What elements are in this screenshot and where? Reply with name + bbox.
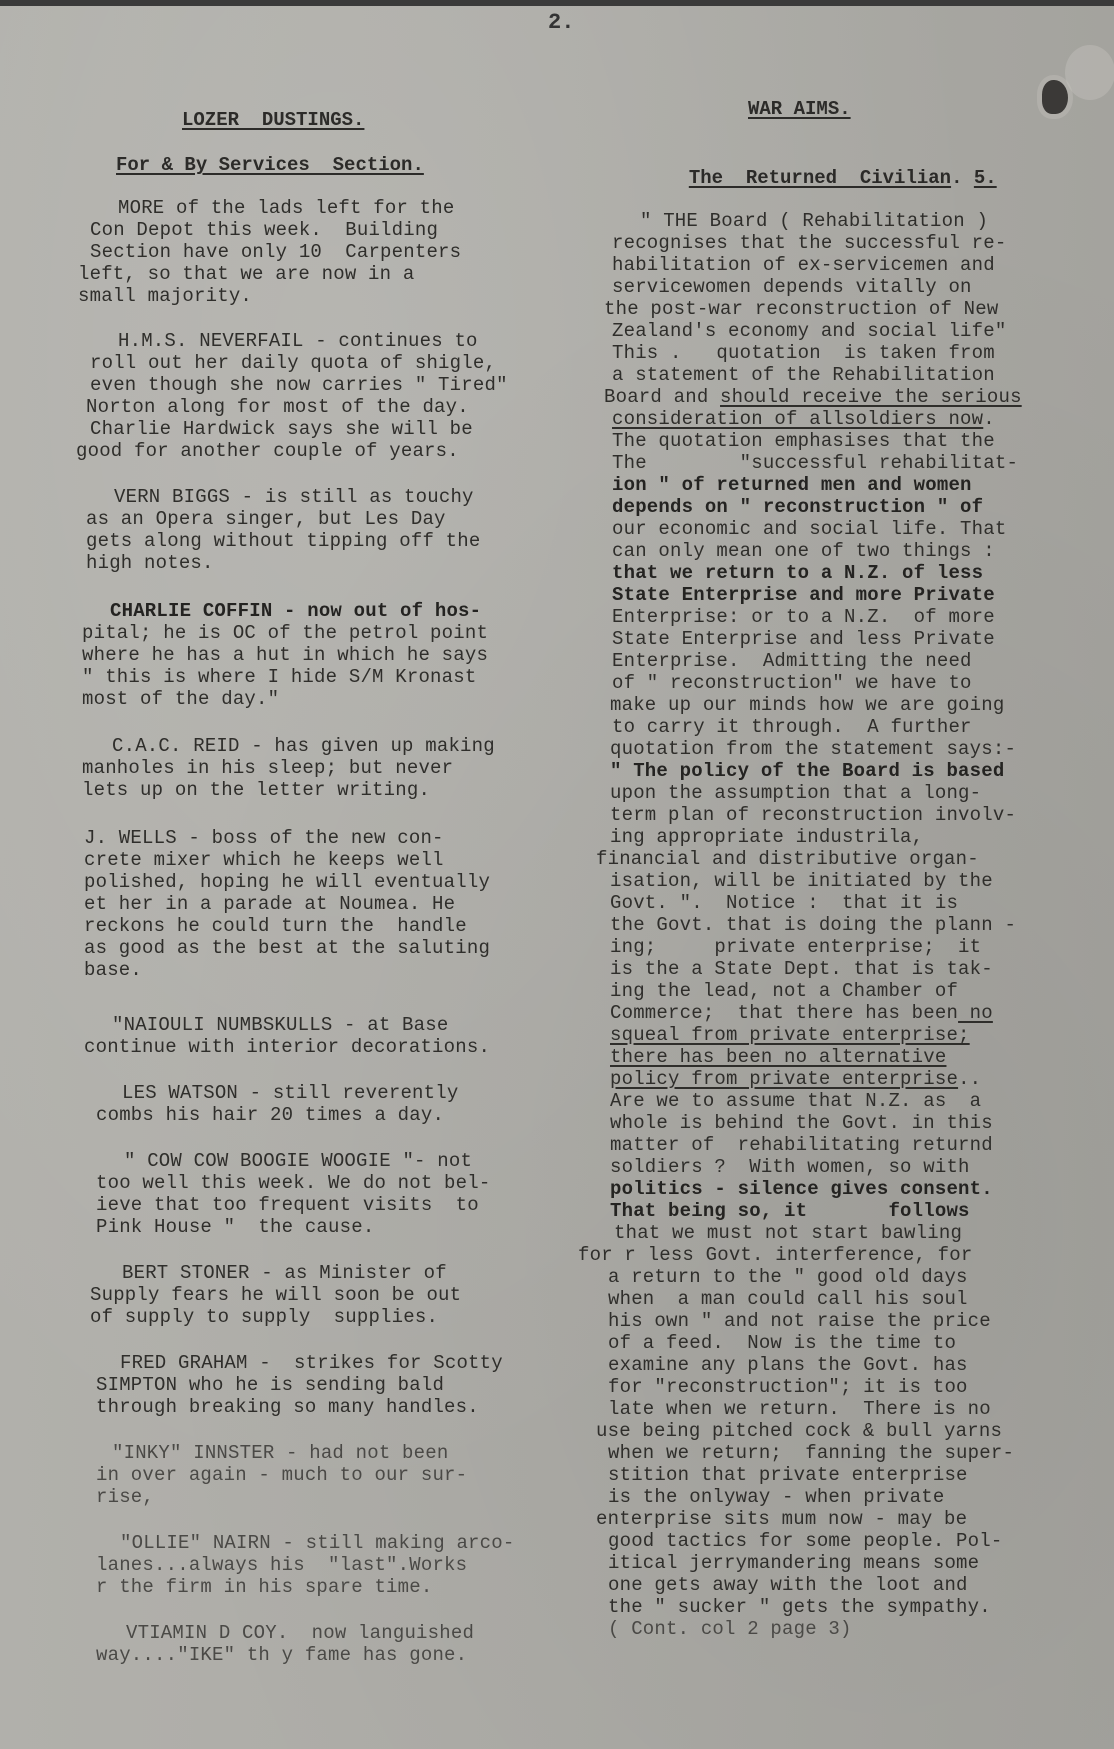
line-text: VERN BIGGS - is still as touchy	[114, 486, 474, 508]
text-line: polished, hoping he will eventually	[84, 871, 490, 893]
text-line: rise,	[96, 1486, 154, 1508]
right-column-subtitle-row: The Returned Civilian. 5.	[666, 145, 997, 189]
text-line: depends on " reconstruction " of	[612, 496, 983, 518]
text-line: " this is where I hide S/M Kronast	[82, 666, 476, 688]
line-text: for "reconstruction"; it is too	[608, 1376, 968, 1398]
text-line: Are we to assume that N.Z. as a	[610, 1090, 981, 1112]
text-line: is the onlyway - when private	[608, 1486, 944, 1508]
line-text: BERT STONER - as Minister of	[122, 1262, 447, 1284]
line-text: of " reconstruction" we have to	[612, 672, 972, 694]
line-text: "NAIOULI NUMBSKULLS - at Base	[112, 1014, 448, 1036]
line-text: State Enterprise and less Private	[612, 628, 995, 650]
line-text: ion " of returned men and women	[612, 474, 972, 496]
text-line: "INKY" INNSTER - had not been	[112, 1442, 448, 1464]
text-line: reckons he could turn the handle	[84, 915, 467, 937]
line-text: financial and distributive organ-	[596, 848, 979, 870]
text-line: ing the lead, not a Chamber of	[610, 980, 958, 1002]
line-text: matter of rehabilitating returnd	[610, 1134, 993, 1156]
text-line: examine any plans the Govt. has	[608, 1354, 968, 1376]
line-text: one gets away with the loot and	[608, 1574, 968, 1596]
text-line: manholes in his sleep; but never	[82, 757, 453, 779]
text-line: Board and should receive the serious	[604, 386, 1022, 408]
line-text: can only mean one of two things :	[612, 540, 995, 562]
line-text: "INKY" INNSTER - had not been	[112, 1442, 448, 1464]
page-number: 2.	[548, 10, 574, 35]
text-line: Zealand's economy and social life"	[612, 320, 1006, 342]
line-text: as an Opera singer, but Les Day	[86, 508, 446, 530]
text-line: Charlie Hardwick says she will be	[90, 418, 473, 440]
text-line: continue with interior decorations.	[84, 1036, 490, 1058]
text-line: Supply fears he will soon be out	[90, 1284, 461, 1306]
underlined-text: no	[958, 1002, 993, 1024]
text-line: through breaking so many handles.	[96, 1396, 479, 1418]
text-line: roll out her daily quota of shigle,	[90, 352, 496, 374]
text-line: Govt. ". Notice : that it is	[610, 892, 958, 914]
line-text: for r less Govt. interference, for	[578, 1244, 972, 1266]
line-text: Govt. ". Notice : that it is	[610, 892, 958, 914]
line-text: ( Cont. col 2 page 3)	[608, 1618, 852, 1640]
text-line: MORE of the lads left for the	[118, 197, 454, 219]
text-line: high notes.	[86, 552, 214, 574]
text-line: upon the assumption that a long-	[610, 782, 981, 804]
line-text: a return to the " good old days	[608, 1266, 968, 1288]
text-line: small majority.	[78, 285, 252, 307]
line-text: "OLLIE" NAIRN - still making arco-	[120, 1532, 514, 1554]
line-text: that we return to a N.Z. of less	[612, 562, 983, 584]
text-line: one gets away with the loot and	[608, 1574, 968, 1596]
text-line: left, so that we are now in a	[78, 263, 414, 285]
line-text: lets up on the letter writing.	[82, 779, 430, 801]
line-text: State Enterprise and more Private	[612, 584, 995, 606]
line-text: polished, hoping he will eventually	[84, 871, 490, 893]
line-text: Section have only 10 Carpenters	[90, 241, 461, 263]
underlined-text: consideration of allsoldiers now	[612, 408, 983, 430]
line-text: Are we to assume that N.Z. as a	[610, 1090, 981, 1112]
line-text: reckons he could turn the handle	[84, 915, 467, 937]
line-text: That being so, it follows	[610, 1200, 970, 1222]
line-text: use being pitched cock & bull yarns	[596, 1420, 1002, 1442]
line-text: H.M.S. NEVERFAIL - continues to	[118, 330, 478, 352]
line-tail: ..	[958, 1068, 981, 1090]
line-text: " COW COW BOOGIE WOOGIE "- not	[124, 1150, 472, 1172]
line-text: make up our minds how we are going	[610, 694, 1004, 716]
subtitle-period: .	[951, 167, 974, 189]
text-line: squeal from private enterprise;	[610, 1024, 970, 1046]
line-text: late when we return. There is no	[608, 1398, 991, 1420]
text-line: SIMPTON who he is sending bald	[96, 1374, 444, 1396]
line-text: CHARLIE COFFIN - now out of hos-	[110, 600, 481, 622]
line-text: Zealand's economy and social life"	[612, 320, 1006, 342]
text-line: J. WELLS - boss of the new con-	[84, 827, 444, 849]
text-line: way...."IKE" th y fame has gone.	[96, 1644, 467, 1666]
text-line: r the firm in his spare time.	[96, 1576, 432, 1598]
text-line: base.	[84, 959, 142, 981]
text-line: " The policy of the Board is based	[610, 760, 1004, 782]
text-line: isation, will be initiated by the	[610, 870, 993, 892]
text-line: " COW COW BOOGIE WOOGIE "- not	[124, 1150, 472, 1172]
text-line: in over again - much to our sur-	[96, 1464, 467, 1486]
line-text: his own " and not raise the price	[608, 1310, 991, 1332]
text-line: quotation from the statement says:-	[610, 738, 1016, 760]
left-column-title: LOZER DUSTINGS.	[182, 109, 364, 131]
line-text: to carry it through. A further	[612, 716, 972, 738]
text-line: his own " and not raise the price	[608, 1310, 991, 1332]
line-text: lanes...always his "last".Works	[96, 1554, 467, 1576]
line-text: a statement of the Rehabilitation	[612, 364, 995, 386]
text-line: politics - silence gives consent.	[610, 1178, 993, 1200]
text-line: Section have only 10 Carpenters	[90, 241, 461, 263]
text-line: for r less Govt. interference, for	[578, 1244, 972, 1266]
line-text: of supply to supply supplies.	[90, 1306, 438, 1328]
line-text: whole is behind the Govt. in this	[610, 1112, 993, 1134]
line-text: " The policy of the Board is based	[610, 760, 1004, 782]
line-text: most of the day."	[82, 688, 279, 710]
text-line: when we return; fanning the super-	[608, 1442, 1014, 1464]
line-text: C.A.C. REID - has given up making	[112, 735, 495, 757]
text-line: late when we return. There is no	[608, 1398, 991, 1420]
line-text: upon the assumption that a long-	[610, 782, 981, 804]
text-line: ieve that too frequent visits to	[96, 1194, 479, 1216]
text-line: FRED GRAHAM - strikes for Scotty	[120, 1352, 503, 1374]
line-text: Charlie Hardwick says she will be	[90, 418, 473, 440]
text-line: Enterprise: or to a N.Z. of more	[612, 606, 995, 628]
line-text: good for another couple of years.	[76, 440, 459, 462]
line-text: left, so that we are now in a	[78, 263, 414, 285]
text-line: is the a State Dept. that is tak-	[610, 958, 993, 980]
line-text: where he has a hut in which he says	[82, 644, 488, 666]
text-line: when a man could call his soul	[608, 1288, 968, 1310]
line-text: Commerce; that there has been	[610, 1002, 958, 1024]
line-text: term plan of reconstruction involv-	[610, 804, 1016, 826]
text-line: where he has a hut in which he says	[82, 644, 488, 666]
line-text: even though she now carries " Tired"	[90, 374, 508, 396]
line-text: This . quotation is taken from	[612, 342, 995, 364]
text-line: consideration of allsoldiers now.	[612, 408, 995, 430]
text-line: to carry it through. A further	[612, 716, 972, 738]
text-line: whole is behind the Govt. in this	[610, 1112, 993, 1134]
line-text: itical jerrymandering means some	[608, 1552, 979, 1574]
line-text: Enterprise. Admitting the need	[612, 650, 972, 672]
line-text: servicewomen depends vitally on	[612, 276, 972, 298]
line-text: recognises that the successful re-	[612, 232, 1006, 254]
text-line: " THE Board ( Rehabilitation )	[640, 210, 988, 232]
line-text: gets along without tipping off the	[86, 530, 480, 552]
text-line: lets up on the letter writing.	[82, 779, 430, 801]
text-line: servicewomen depends vitally on	[612, 276, 972, 298]
paper-stain	[1065, 45, 1114, 100]
text-line: can only mean one of two things :	[612, 540, 995, 562]
text-line: the post-war reconstruction of New	[604, 298, 998, 320]
line-tail: .	[983, 408, 995, 430]
line-text: ing appropriate industrila,	[610, 826, 923, 848]
text-line: CHARLIE COFFIN - now out of hos-	[110, 600, 481, 622]
line-text: enterprise sits mum now - may be	[596, 1508, 967, 1530]
line-text: depends on " reconstruction " of	[612, 496, 983, 518]
line-text: Norton along for most of the day.	[86, 396, 469, 418]
line-text: when a man could call his soul	[608, 1288, 968, 1310]
line-text: is the onlyway - when private	[608, 1486, 944, 1508]
line-text: politics - silence gives consent.	[610, 1178, 993, 1200]
line-text: ing; private enterprise; it	[610, 936, 981, 958]
text-line: there has been no alternative	[610, 1046, 946, 1068]
text-line: as an Opera singer, but Les Day	[86, 508, 446, 530]
line-text: ieve that too frequent visits to	[96, 1194, 479, 1216]
line-text: Pink House " the cause.	[96, 1216, 374, 1238]
line-text: high notes.	[86, 552, 214, 574]
line-text: roll out her daily quota of shigle,	[90, 352, 496, 374]
part-number: 5.	[974, 167, 997, 189]
text-line: recognises that the successful re-	[612, 232, 1006, 254]
text-line: ( Cont. col 2 page 3)	[608, 1618, 852, 1640]
text-line: good for another couple of years.	[76, 440, 459, 462]
text-line: stition that private enterprise	[608, 1464, 968, 1486]
text-line: of " reconstruction" we have to	[612, 672, 972, 694]
line-text: of a feed. Now is the time to	[608, 1332, 956, 1354]
text-line: combs his hair 20 times a day.	[96, 1104, 444, 1126]
text-line: that we return to a N.Z. of less	[612, 562, 983, 584]
line-text: the post-war reconstruction of New	[604, 298, 998, 320]
text-line: habilitation of ex-servicemen and	[612, 254, 995, 276]
text-line: C.A.C. REID - has given up making	[112, 735, 495, 757]
text-line: even though she now carries " Tired"	[90, 374, 508, 396]
text-line: Enterprise. Admitting the need	[612, 650, 972, 672]
text-line: et her in a parade at Noumea. He	[84, 893, 455, 915]
line-text: soldiers ? With women, so with	[610, 1156, 970, 1178]
line-text: combs his hair 20 times a day.	[96, 1104, 444, 1126]
line-text: examine any plans the Govt. has	[608, 1354, 968, 1376]
text-line: for "reconstruction"; it is too	[608, 1376, 968, 1398]
line-text: as good as the best at the saluting	[84, 937, 490, 959]
text-line: that we must not start bawling	[614, 1222, 962, 1244]
line-text: way...."IKE" th y fame has gone.	[96, 1644, 467, 1666]
line-text: habilitation of ex-servicemen and	[612, 254, 995, 276]
text-line: H.M.S. NEVERFAIL - continues to	[118, 330, 478, 352]
text-line: Con Depot this week. Building	[90, 219, 438, 241]
line-text: ing the lead, not a Chamber of	[610, 980, 958, 1002]
line-text: Supply fears he will soon be out	[90, 1284, 461, 1306]
text-line: ion " of returned men and women	[612, 474, 972, 496]
text-line: of supply to supply supplies.	[90, 1306, 438, 1328]
line-text: Board and	[604, 386, 720, 408]
text-line: enterprise sits mum now - may be	[596, 1508, 967, 1530]
text-line: use being pitched cock & bull yarns	[596, 1420, 1002, 1442]
line-text: The quotation emphasises that the	[612, 430, 995, 452]
text-line: "OLLIE" NAIRN - still making arco-	[120, 1532, 514, 1554]
left-column-subtitle: For & By Services Section.	[116, 154, 424, 176]
line-text: through breaking so many handles.	[96, 1396, 479, 1418]
punch-hole	[1042, 80, 1068, 114]
text-line: too well this week. We do not bel-	[96, 1172, 490, 1194]
line-text: base.	[84, 959, 142, 981]
text-line: soldiers ? With women, so with	[610, 1156, 970, 1178]
line-text: rise,	[96, 1486, 154, 1508]
line-text: MORE of the lads left for the	[118, 197, 454, 219]
text-line: of a feed. Now is the time to	[608, 1332, 956, 1354]
text-line: This . quotation is taken from	[612, 342, 995, 364]
text-line: most of the day."	[82, 688, 279, 710]
text-line: gets along without tipping off the	[86, 530, 480, 552]
text-line: crete mixer which he keeps well	[84, 849, 444, 871]
text-line: a return to the " good old days	[608, 1266, 968, 1288]
text-line: matter of rehabilitating returnd	[610, 1134, 993, 1156]
line-text: continue with interior decorations.	[84, 1036, 490, 1058]
text-line: financial and distributive organ-	[596, 848, 979, 870]
text-line: VERN BIGGS - is still as touchy	[114, 486, 474, 508]
line-text: that we must not start bawling	[614, 1222, 962, 1244]
text-line: make up our minds how we are going	[610, 694, 1004, 716]
text-line: State Enterprise and less Private	[612, 628, 995, 650]
underlined-text: squeal from private enterprise;	[610, 1024, 970, 1046]
line-text: et her in a parade at Noumea. He	[84, 893, 455, 915]
line-text: the Govt. that is doing the plann -	[610, 914, 1016, 936]
line-text: small majority.	[78, 285, 252, 307]
text-line: our economic and social life. That	[612, 518, 1006, 540]
text-line: policy from private enterprise..	[610, 1068, 981, 1090]
line-text: The "successful rehabilitat-	[612, 452, 1018, 474]
line-text: good tactics for some people. Pol-	[608, 1530, 1002, 1552]
text-line: term plan of reconstruction involv-	[610, 804, 1016, 826]
text-line: Norton along for most of the day.	[86, 396, 469, 418]
line-text: manholes in his sleep; but never	[82, 757, 453, 779]
line-text: SIMPTON who he is sending bald	[96, 1374, 444, 1396]
line-text: our economic and social life. That	[612, 518, 1006, 540]
right-column-title: WAR AIMS.	[748, 98, 851, 120]
underlined-text: there has been no alternative	[610, 1046, 946, 1068]
text-line: ing appropriate industrila,	[610, 826, 923, 848]
line-text: VTIAMIN D COY. now languished	[126, 1622, 474, 1644]
text-line: the " sucker " gets the sympathy.	[608, 1596, 991, 1618]
text-line: good tactics for some people. Pol-	[608, 1530, 1002, 1552]
line-text: r the firm in his spare time.	[96, 1576, 432, 1598]
line-text: too well this week. We do not bel-	[96, 1172, 490, 1194]
text-line: BERT STONER - as Minister of	[122, 1262, 447, 1284]
line-text: LES WATSON - still reverently	[122, 1082, 458, 1104]
text-line: LES WATSON - still reverently	[122, 1082, 458, 1104]
line-text: in over again - much to our sur-	[96, 1464, 467, 1486]
line-text: the " sucker " gets the sympathy.	[608, 1596, 991, 1618]
text-line: pital; he is OC of the petrol point	[82, 622, 488, 644]
text-line: The quotation emphasises that the	[612, 430, 995, 452]
text-line: State Enterprise and more Private	[612, 584, 995, 606]
line-text: quotation from the statement says:-	[610, 738, 1016, 760]
underlined-text: should receive the serious	[720, 386, 1022, 408]
line-text: Enterprise: or to a N.Z. of more	[612, 606, 995, 628]
text-line: Pink House " the cause.	[96, 1216, 374, 1238]
line-text: when we return; fanning the super-	[608, 1442, 1014, 1464]
text-line: itical jerrymandering means some	[608, 1552, 979, 1574]
line-text: stition that private enterprise	[608, 1464, 968, 1486]
right-column-subtitle: The Returned Civilian	[689, 167, 951, 189]
underlined-text: policy from private enterprise	[610, 1068, 958, 1090]
text-line: as good as the best at the saluting	[84, 937, 490, 959]
text-line: lanes...always his "last".Works	[96, 1554, 467, 1576]
line-text: isation, will be initiated by the	[610, 870, 993, 892]
line-text: " this is where I hide S/M Kronast	[82, 666, 476, 688]
text-line: the Govt. that is doing the plann -	[610, 914, 1016, 936]
line-text: crete mixer which he keeps well	[84, 849, 444, 871]
line-text: pital; he is OC of the petrol point	[82, 622, 488, 644]
text-line: VTIAMIN D COY. now languished	[126, 1622, 474, 1644]
line-text: " THE Board ( Rehabilitation )	[640, 210, 988, 232]
line-text: Con Depot this week. Building	[90, 219, 438, 241]
text-line: Commerce; that there has been no	[610, 1002, 993, 1024]
text-line: "NAIOULI NUMBSKULLS - at Base	[112, 1014, 448, 1036]
line-text: is the a State Dept. that is tak-	[610, 958, 993, 980]
line-text: FRED GRAHAM - strikes for Scotty	[120, 1352, 503, 1374]
text-line: ing; private enterprise; it	[610, 936, 981, 958]
text-line: The "successful rehabilitat-	[612, 452, 1018, 474]
text-line: a statement of the Rehabilitation	[612, 364, 995, 386]
line-text: J. WELLS - boss of the new con-	[84, 827, 444, 849]
text-line: That being so, it follows	[610, 1200, 970, 1222]
